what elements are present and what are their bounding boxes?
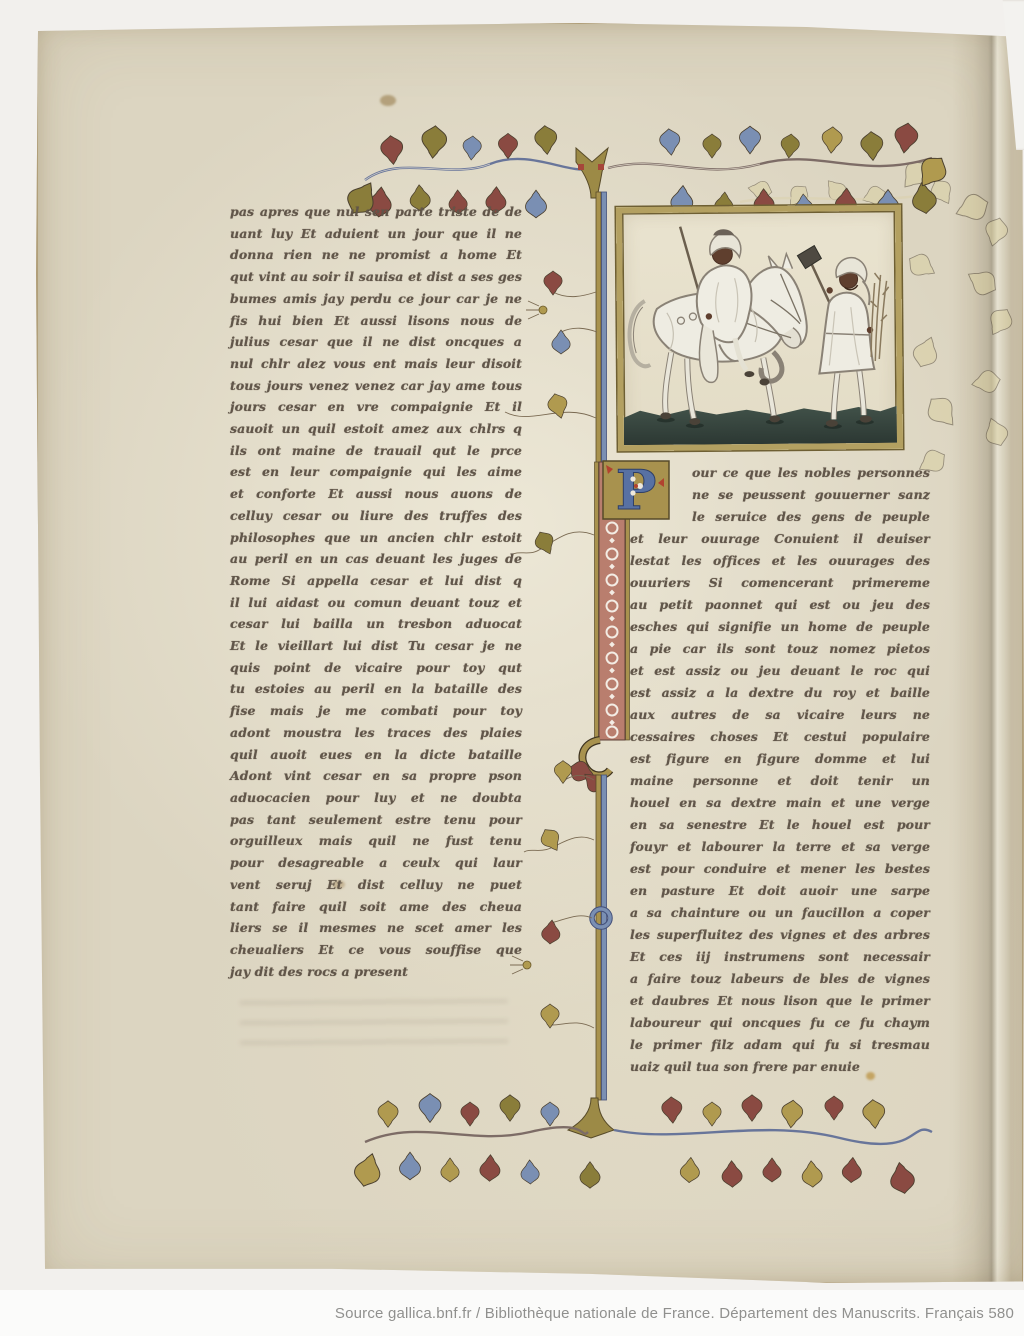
manuscript-text-line: et leur ouurage Conuient il deuiser [630,528,930,550]
manuscript-text-line: en pasture Et doit auoir une sarpe [630,880,930,902]
manuscript-text-line: les superfluitez des vignes et des arbre… [630,924,930,946]
manuscript-text-line: aduocacien pour luy et ne doubta [230,787,522,809]
manuscript-text-line: quil auoit eues en la dicte bataille [230,744,522,766]
manuscript-text-line: uant luy Et aduient un jour que il ne [230,223,522,245]
manuscript-text-line: uaiz quil tua son frere par enuie [630,1056,930,1078]
manuscript-text-line: le primer filz adam qui fu si tresmau [630,1034,930,1056]
manuscript-text-line: ils ont maine de trauail qut le prce [230,440,522,462]
text-column-left: pas apres que nul sen parte triste de de… [230,201,522,982]
manuscript-text-line: il lui aidast ou comun deuant touz et [230,592,522,614]
manuscript-text-line: Rome Si appella cesar et lui dist q [230,570,522,592]
footer-source-text: Source gallica.bnf.fr / Bibliothèque nat… [335,1305,1014,1322]
manuscript-text-line: et daubres Et nous lison que le primer [630,990,930,1012]
manuscript-text-line: fouyr et labourer la terre et sa verge [630,836,930,858]
manuscript-text-line: esches qui signifie un home de peuple [630,616,930,638]
ground-shadows [657,416,874,431]
manuscript-text-line: pour desagreable a ceulx qui laur [230,852,522,874]
manuscript-text-line: our ce que les nobles personnes [692,462,930,484]
manuscript-text-line: bumes amis jay perdu ce jour car je ne [230,288,522,310]
manuscript-text-line: adont moustra les traces des plaies [230,722,522,744]
manuscript-text-line: ouuriers Si comencerant primereme [630,572,930,594]
manuscript-text-line: nul chlr alez vous ent mais leur disoit [230,353,522,375]
manuscript-text-line: Adont vint cesar en sa propre pson [230,765,522,787]
manuscript-text-line: au peril en un cas deuant les juges de [230,548,522,570]
manuscript-text-line: a sa chainture ou un faucillon a coper [630,902,930,924]
center-bar-lower [592,775,610,1100]
text-column-right: our ce que les nobles personnesne se peu… [630,462,930,1078]
manuscript-text-line: tous jours venez venez car jay ame tous [230,375,522,397]
manuscript-text-line: aux autres de sa vicaire leurs ne [630,704,930,726]
manuscript-text-line: a pie car ils sont touz nomez pietos [630,638,930,660]
manuscript-text-line: quis point de vicaire pour toy qut [230,657,522,679]
manuscript-text-line: vent seruj Et dist celluy ne puet [230,874,522,896]
manuscript-text-line: en sa senestre Et le houel est pour [630,814,930,836]
footer-bar: Source gallica.bnf.fr / Bibliothèque nat… [0,1290,1024,1336]
manuscript-text-line: est en leur compaignie qui les aime [230,461,522,483]
manuscript-text-line: fis hui bien Et aussi lisons nous de [230,310,522,332]
manuscript-text-line: fise mais je me combati pour toy [230,700,522,722]
manuscript-text-line: est assiz a la dextre du roy et baille [630,682,930,704]
manuscript-text-line: tant faire quil soit ame des cheua [230,896,522,918]
center-bar-upper [596,192,607,464]
manuscript-text-line: jay dit des rocs a present [230,961,522,983]
manuscript-text-line: orguilleux mais quil ne fust tenu [230,830,522,852]
manuscript-text-line: sauoit un quil estoit amez aux chlrs q [230,418,522,440]
manuscript-text-line: pas tant seulement estre tenu pour [230,809,522,831]
manuscript-text-line: celluy cesar ou liure des truffes des [230,505,522,527]
manuscript-text-line: laboureur qui oncques fu ce fu chaym [630,1012,930,1034]
manuscript-text-line: et conforte Et aussi nous auons de [230,483,522,505]
manuscript-text-line: philosophes que un ancien chlr estoit [230,527,522,549]
manuscript-text-line: est pour conduire et mener les bestes [630,858,930,880]
miniature-illustration [622,211,897,445]
manuscript-text-line: qut vint au soir il sauisa et dist a ses… [230,266,522,288]
manuscript-text-line: au petit paonnet qui est ou jeu des [630,594,930,616]
manuscript-text-line: liers se il mesmes ne scet amer les [230,917,522,939]
manuscript-text-line: tu estoies au peril en la bataille des [230,678,522,700]
manuscript-text-line: cessaires choses Et cestui populaire [630,726,930,748]
manuscript-text-line: a faire touz labeurs de bles de vignes [630,968,930,990]
manuscript-text-line: donna rien ne ne promist a home Et [230,244,522,266]
manuscript-text-line: est figure en figure domme et lui [630,748,930,770]
manuscript-text-line: le seruice des gens de peuple [692,506,930,528]
manuscript-text-line: lestat les offices et les ouurages des [630,550,930,572]
manuscript-text-line: julius cesar que il ne dist oncques a [230,331,522,353]
manuscript-text-line: cheualiers Et ce vous souffise que [230,939,522,961]
manuscript-text-line: et est assiz ou jeu deuant le roc qui [630,660,930,682]
manuscript-text-line: ne se peussent gouuerner sanz [692,484,930,506]
miniature-frame [616,205,903,451]
manuscript-text-line: Et ces iij instrumens sont necessair [630,946,930,968]
scanned-manuscript-view: P [0,0,1024,1336]
manuscript-text-line: Et le vieillart lui dist Tu cesar je ne [230,635,522,657]
laborer-figure [797,245,890,427]
manuscript-text-line: maine personne et doit tenir un [630,770,930,792]
manuscript-text-line: jours cesar en vre compaignie Et il [230,396,522,418]
bottom-border-vine [351,1094,932,1196]
manuscript-text-line: houel en sa dextre main et une verge [630,792,930,814]
manuscript-text-line: cesar lui bailla un tresbon aduocat [230,613,522,635]
manuscript-text-line: pas apres que nul sen parte triste de de [230,201,522,223]
